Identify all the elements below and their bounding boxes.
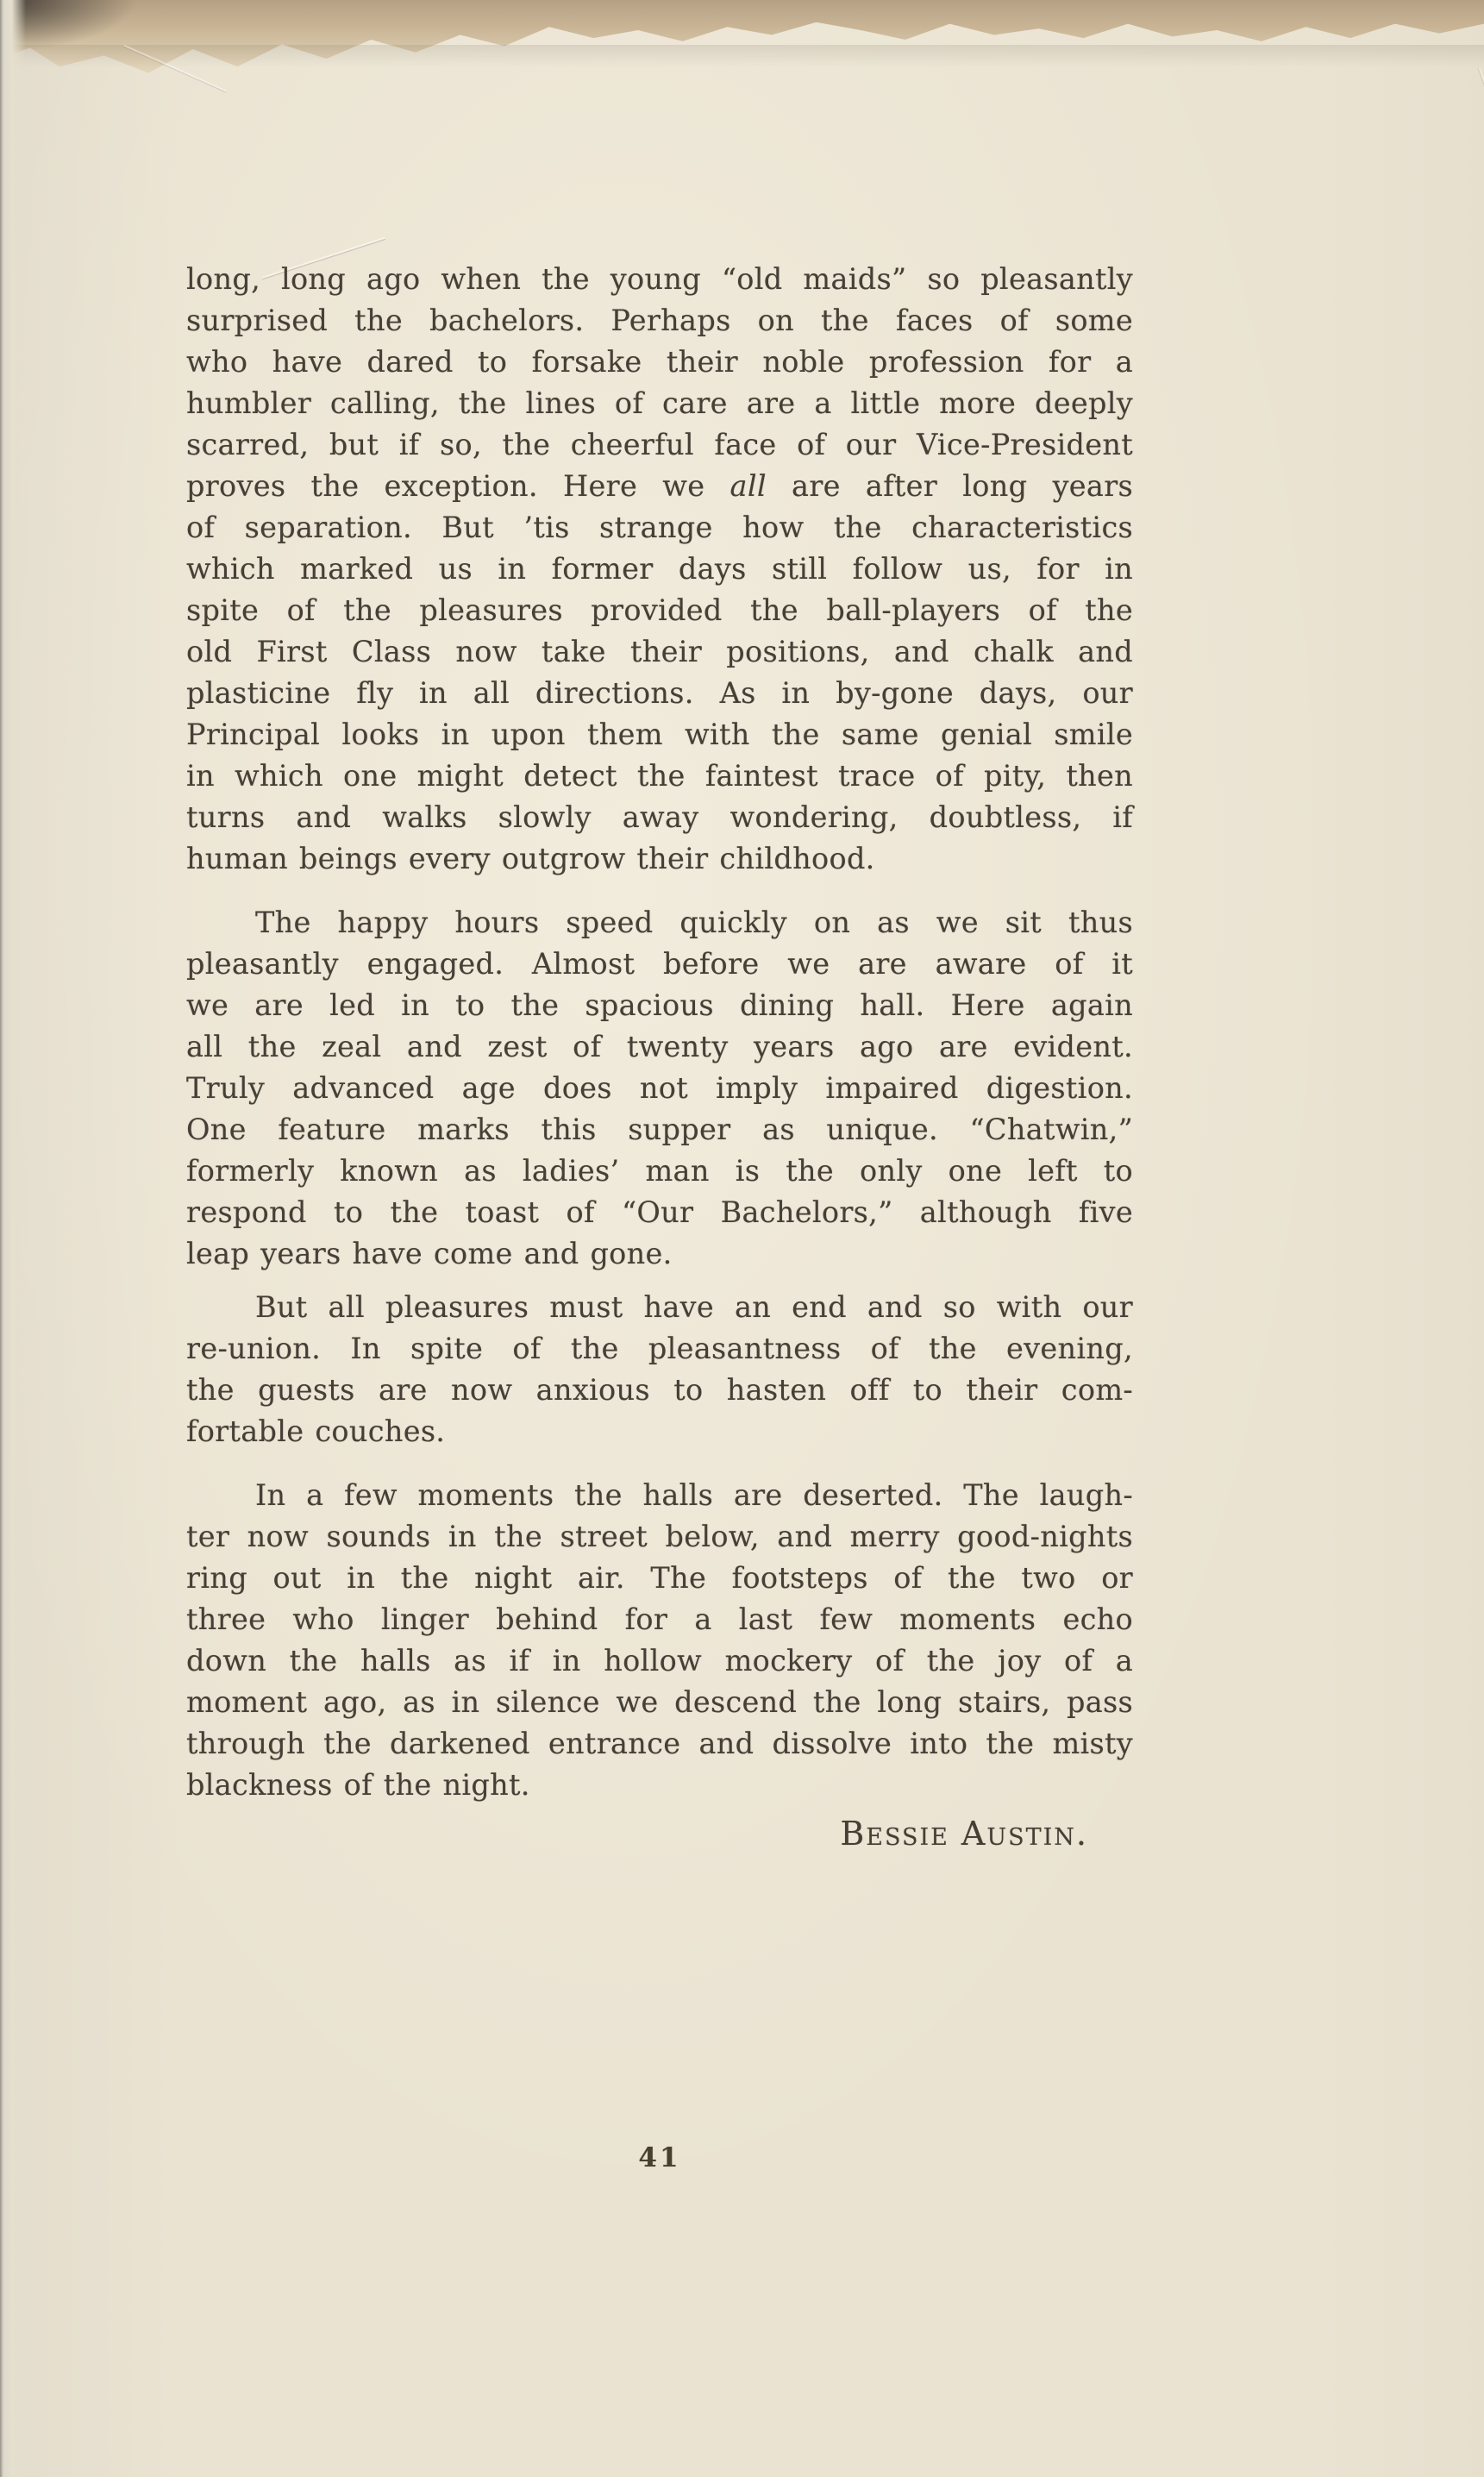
page-number: 41 xyxy=(186,2142,1133,2173)
text-line: down the halls as if in hollow mockery o… xyxy=(186,1640,1133,1682)
torn-page-edge xyxy=(0,0,1484,79)
text-line: long, long ago when the young “old maids… xyxy=(186,259,1133,300)
paragraph: long, long ago when the young “old maids… xyxy=(186,259,1133,880)
text-line: In a few moments the halls are deserted.… xyxy=(186,1475,1133,1516)
text-line: humbler calling, the lines of care are a… xyxy=(186,383,1133,424)
text-line: spite of the pleasures provided the ball… xyxy=(186,590,1133,631)
text-line: But all pleasures must have an end and s… xyxy=(186,1287,1133,1328)
text-line: One feature marks this supper as unique.… xyxy=(186,1109,1133,1151)
text-line: who have dared to forsake their noble pr… xyxy=(186,342,1133,383)
text-line: pleasantly engaged. Almost before we are… xyxy=(186,944,1133,985)
text-line: The happy hours speed quickly on as we s… xyxy=(186,902,1133,944)
text-line: turns and walks slowly away wondering, d… xyxy=(186,797,1133,838)
text-line: through the darkened entrance and dissol… xyxy=(186,1723,1133,1765)
text-line: all the zeal and zest of twenty years ag… xyxy=(186,1026,1133,1068)
italic-word: all xyxy=(730,469,767,503)
text-line: Principal looks in upon them with the sa… xyxy=(186,714,1133,756)
text-line: which marked us in former days still fol… xyxy=(186,549,1133,590)
text-block: long, long ago when the young “old maids… xyxy=(186,259,1133,1854)
text-line: ring out in the night air. The footsteps… xyxy=(186,1558,1133,1599)
text-line: scarred, but if so, the cheerful face of… xyxy=(186,424,1133,466)
text-line: surprised the bachelors. Perhaps on the … xyxy=(186,300,1133,342)
text-line: proves the exception. Here we all are af… xyxy=(186,466,1133,507)
text-line: respond to the toast of “Our Bachelors,”… xyxy=(186,1192,1133,1233)
paragraph: But all pleasures must have an end and s… xyxy=(186,1287,1133,1452)
text-line: plasticine fly in all directions. As in … xyxy=(186,673,1133,714)
text-line: re-union. In spite of the pleasantness o… xyxy=(186,1328,1133,1370)
page-gutter-edge xyxy=(0,0,26,2477)
text-line: leap years have come and gone. xyxy=(186,1233,1133,1275)
text-line: of separation. But ’tis strange how the … xyxy=(186,507,1133,549)
text-line: moment ago, as in silence we descend the… xyxy=(186,1682,1133,1723)
text-line: ter now sounds in the street below, and … xyxy=(186,1516,1133,1558)
edge-shadow-streak xyxy=(0,45,1484,67)
text-segment: are after long years xyxy=(767,469,1133,503)
text-line: in which one might detect the faintest t… xyxy=(186,756,1133,797)
paragraph: In a few moments the halls are deserted.… xyxy=(186,1475,1133,1806)
paper-crease xyxy=(1479,67,1484,141)
text-segment: proves the exception. Here we xyxy=(186,469,730,503)
paragraph: The happy hours speed quickly on as we s… xyxy=(186,902,1133,1275)
text-line: human beings every outgrow their childho… xyxy=(186,838,1133,880)
text-line: blackness of the night. xyxy=(186,1765,1133,1806)
text-line: old First Class now take their positions… xyxy=(186,631,1133,673)
scanned-book-page: long, long ago when the young “old maids… xyxy=(0,0,1484,2477)
text-line: the guests are now anxious to hasten off… xyxy=(186,1370,1133,1411)
text-line: formerly known as ladies’ man is the onl… xyxy=(186,1151,1133,1192)
text-line: Truly advanced age does not imply impair… xyxy=(186,1068,1133,1109)
text-line: three who linger behind for a last few m… xyxy=(186,1599,1133,1640)
author-signature: Bessie Austin. xyxy=(186,1813,1133,1854)
text-line: we are led in to the spacious dining hal… xyxy=(186,985,1133,1026)
text-line: fortable couches. xyxy=(186,1411,1133,1452)
